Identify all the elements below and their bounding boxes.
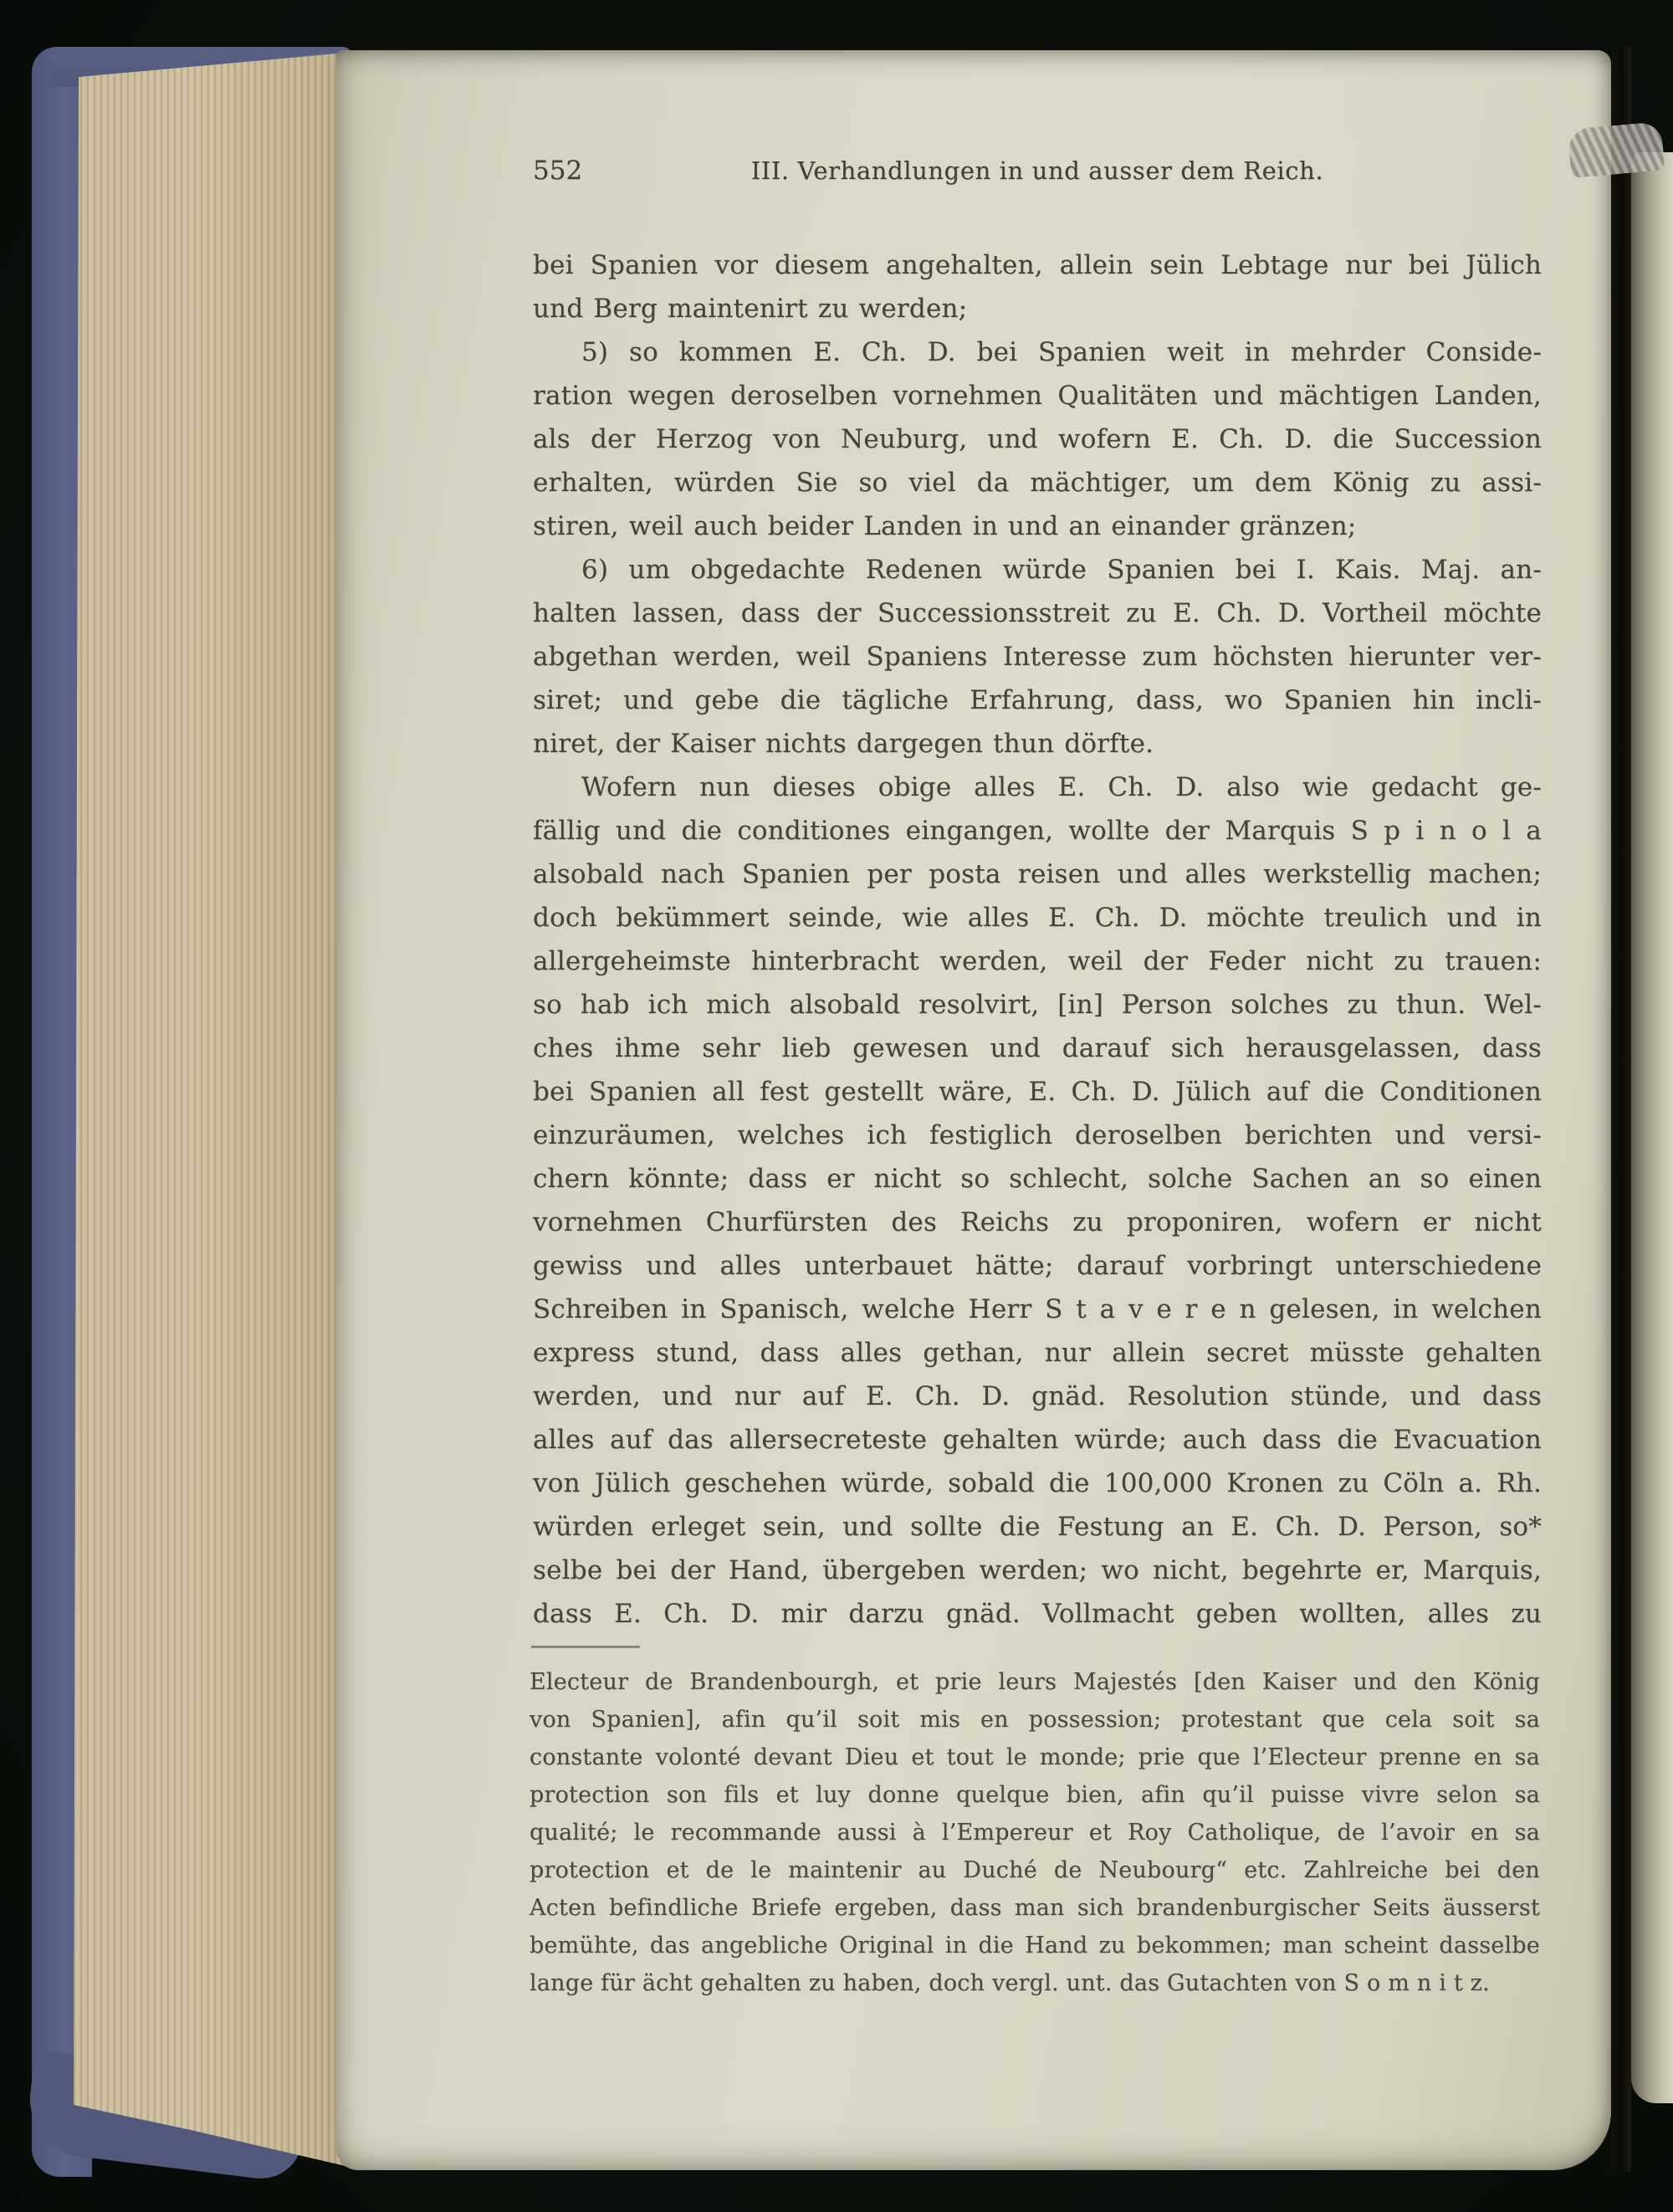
body-text-line: ches ihme sehr lieb gewesen und darauf s… xyxy=(533,1027,1542,1070)
body-text-line: 5) so kommen E. Ch. D. bei Spanien weit … xyxy=(533,330,1542,374)
body-text-line: siret; und gebe die tägliche Erfahrung, … xyxy=(533,678,1542,722)
footnote-text-line: protection et de le maintenir au Duché d… xyxy=(530,1851,1540,1889)
body-text-line: stiren, weil auch beider Landen in und a… xyxy=(533,504,1542,548)
body-text-line: würden erleget sein, und sollte die Fest… xyxy=(533,1505,1542,1549)
body-text-line: selbe bei der Hand, übergeben werden; wo… xyxy=(533,1549,1542,1592)
body-text-line: fällig und die conditiones eingangen, wo… xyxy=(533,809,1542,853)
headband xyxy=(1568,121,1665,178)
page-block-fore-edge xyxy=(74,49,366,2174)
body-text-line: alsobald nach Spanien per posta reisen u… xyxy=(533,853,1542,896)
body-text-line: Wofern nun dieses obige alles E. Ch. D. … xyxy=(533,765,1542,809)
body-text-line: erhalten, würden Sie so viel da mächtige… xyxy=(533,461,1542,504)
footnote-text-line: constante volonté devant Dieu et tout le… xyxy=(530,1738,1540,1776)
footnote-text-line: qualité; le recommande aussi à l’Empereu… xyxy=(530,1814,1540,1851)
body-text-line: halten lassen, dass der Successionsstrei… xyxy=(533,591,1542,635)
body-text-block: bei Spanien vor diesem angehalten, allei… xyxy=(533,243,1542,1636)
footnote-text-line: bemühte, das angebliche Original in die … xyxy=(530,1927,1540,1964)
footnote-text-line: protection son fils et luy donne quelque… xyxy=(530,1776,1540,1814)
body-text-line: bei Spanien all fest gestellt wäre, E. C… xyxy=(533,1070,1542,1114)
footnote-text-block: Electeur de Brandenbourgh, et prie leurs… xyxy=(530,1663,1540,2002)
body-text-line: so hab ich mich alsobald resolvirt, [in]… xyxy=(533,983,1542,1027)
footnote-text-line: Electeur de Brandenbourgh, et prie leurs… xyxy=(530,1663,1540,1701)
body-text-line: als der Herzog von Neuburg, und wofern E… xyxy=(533,417,1542,461)
gutter-shadow xyxy=(1611,47,1631,2172)
body-text-line: express stund, dass alles gethan, nur al… xyxy=(533,1331,1542,1375)
body-text-line: und Berg maintenirt zu werden; xyxy=(533,287,1542,330)
body-text-line: niret, der Kaiser nichts dargegen thun d… xyxy=(533,722,1542,765)
body-text-line: werden, und nur auf E. Ch. D. gnäd. Reso… xyxy=(533,1375,1542,1418)
body-text-line: Schreiben in Spanisch, welche Herr S t a… xyxy=(533,1288,1542,1331)
running-header: III. Verhandlungen in und ausser dem Rei… xyxy=(533,149,1542,192)
body-text-line: von Jülich geschehen würde, sobald die 1… xyxy=(533,1462,1542,1505)
body-text-line: allergeheimste hinterbracht werden, weil… xyxy=(533,940,1542,983)
body-text-line: ration wegen deroselben vornehmen Qualit… xyxy=(533,374,1542,417)
body-text-line: 6) um obgedachte Redenen würde Spanien b… xyxy=(533,548,1542,591)
facing-page-edge xyxy=(1631,152,1673,2103)
body-text-line: abgethan werden, weil Spaniens Interesse… xyxy=(533,635,1542,678)
body-text-line: bei Spanien vor diesem angehalten, allei… xyxy=(533,243,1542,287)
body-text-line: einzuräumen, welches ich festiglich dero… xyxy=(533,1114,1542,1157)
footnote-text-line: von Spanien], afin qu’il soit mis en pos… xyxy=(530,1701,1540,1738)
body-text-line: chern könnte; dass er nicht so schlecht,… xyxy=(533,1157,1542,1201)
body-text-line: vornehmen Churfürsten des Reichs zu prop… xyxy=(533,1201,1542,1244)
body-text-line: alles auf das allersecreteste gehalten w… xyxy=(533,1418,1542,1462)
body-text-line: dass E. Ch. D. mir darzu gnäd. Vollmacht… xyxy=(533,1592,1542,1636)
book-page: 552 III. Verhandlungen in und ausser dem… xyxy=(336,50,1611,2170)
body-text-line: gewiss und alles unterbauet hätte; darau… xyxy=(533,1244,1542,1288)
footnote-separator-rule xyxy=(531,1646,640,1648)
footnote-text-line: lange für ächt gehalten zu haben, doch v… xyxy=(530,1964,1540,2002)
book-photo: 552 III. Verhandlungen in und ausser dem… xyxy=(0,0,1673,2212)
footnote-text-line: Acten befindliche Briefe ergeben, dass m… xyxy=(530,1889,1540,1927)
body-text-line: doch bekümmert seinde, wie alles E. Ch. … xyxy=(533,896,1542,940)
